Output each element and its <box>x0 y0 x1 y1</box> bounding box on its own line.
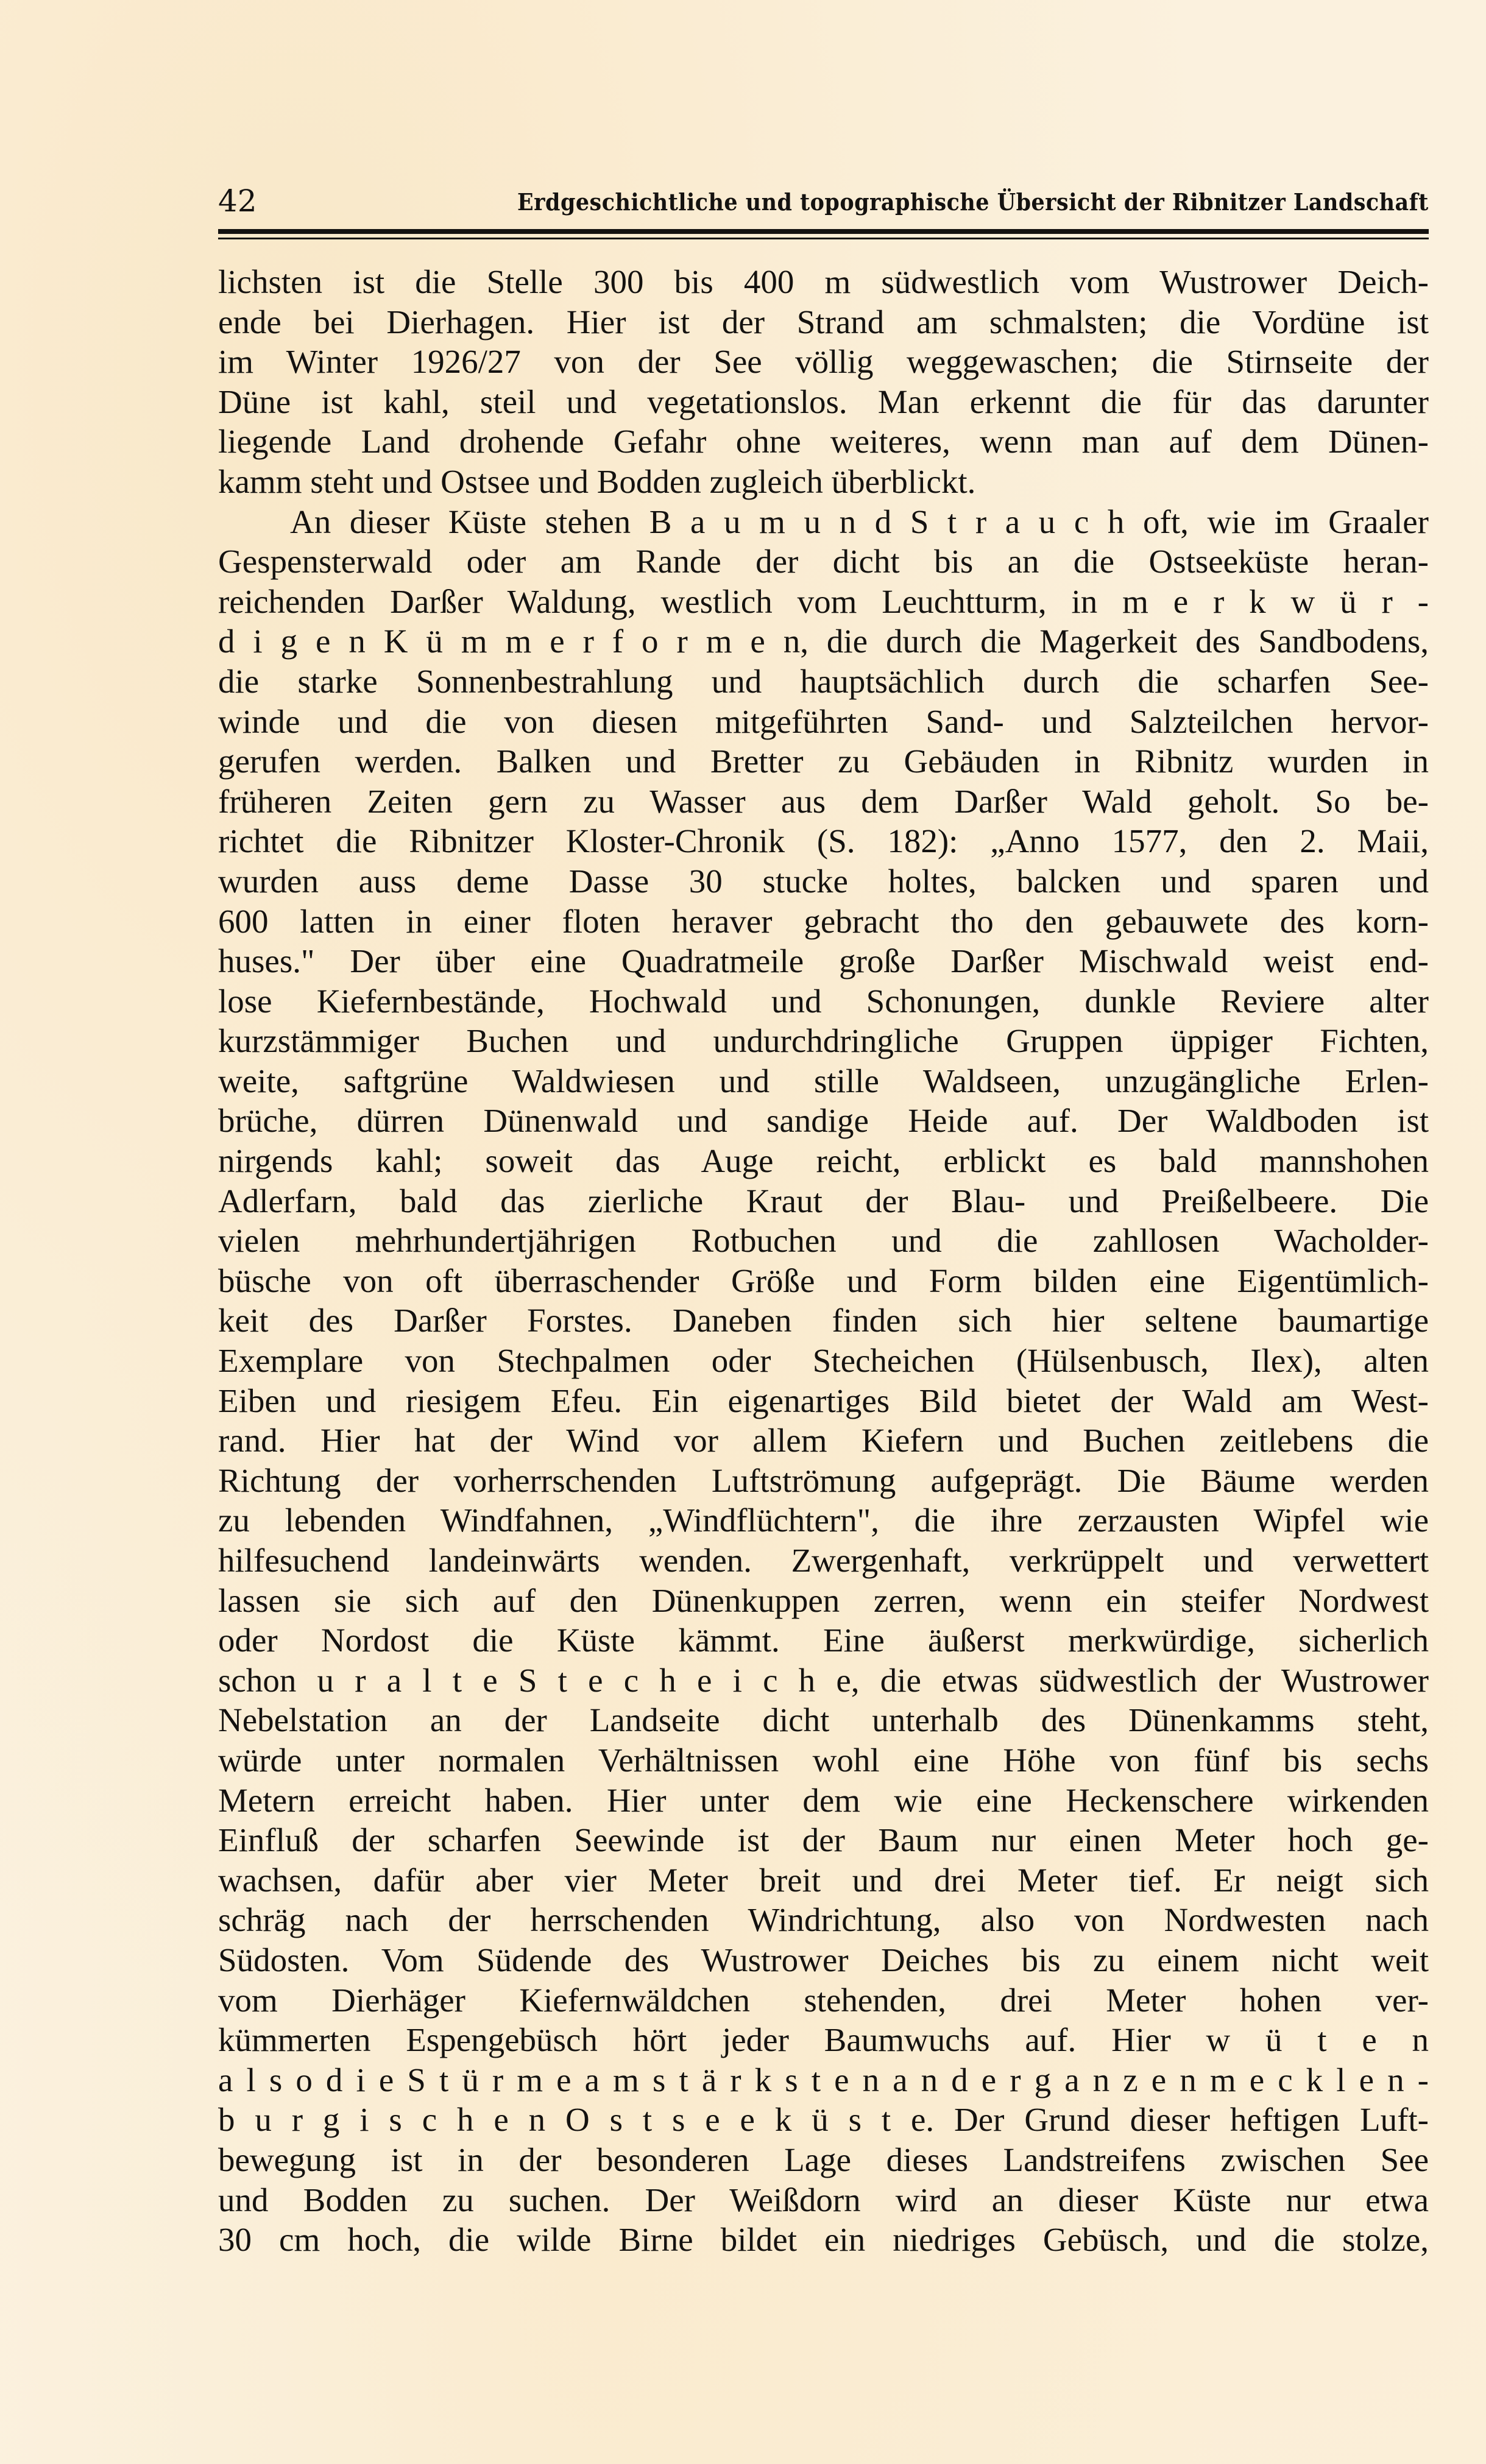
text-line: oder Nordost die Küste kämmt. Eine äußer… <box>218 1620 1429 1661</box>
text-line: würde unter normalen Verhältnissen wohl … <box>218 1740 1429 1781</box>
text-line: a l s o d i e S t ü r m e a m s t ä r k … <box>218 2060 1429 2100</box>
text-line: keit des Darßer Forstes. Daneben finden … <box>218 1301 1429 1341</box>
text-line: Metern erreicht haben. Hier unter dem wi… <box>218 1781 1429 1821</box>
text-line: schräg nach der herrschenden Windrichtun… <box>218 1900 1429 1940</box>
text-line: winde und die von diesen mitgeführten Sa… <box>218 702 1429 742</box>
text-line: weite, saftgrüne Waldwiesen und stille W… <box>218 1061 1429 1101</box>
text-line: lose Kiefernbestände, Hochwald und Schon… <box>218 981 1429 1022</box>
text-line: lichsten ist die Stelle 300 bis 400 m sü… <box>218 262 1429 302</box>
text-line: Einfluß der scharfen Seewinde ist der Ba… <box>218 1820 1429 1860</box>
text-line: im Winter 1926/27 von der See völlig weg… <box>218 342 1429 382</box>
text-line: Südosten. Vom Südende des Wustrower Deic… <box>218 1940 1429 1980</box>
text-line: liegende Land drohende Gefahr ohne weite… <box>218 422 1429 462</box>
text-line: 600 latten in einer floten heraver gebra… <box>218 902 1429 942</box>
text-line: Adlerfarn, bald das zierliche Kraut der … <box>218 1181 1429 1221</box>
text-line: b u r g i s c h e n O s t s e e k ü s t … <box>218 2100 1429 2140</box>
text-line: kamm steht und Ostsee und Bodden zugleic… <box>218 462 1429 502</box>
text-line: vom Dierhäger Kiefernwäldchen stehenden,… <box>218 1980 1429 2021</box>
text-line: lassen sie sich auf den Dünenkuppen zerr… <box>218 1581 1429 1621</box>
body-text: lichsten ist die Stelle 300 bis 400 m sü… <box>218 262 1429 2260</box>
text-line: d i g e n K ü m m e r f o r m e n, die d… <box>218 621 1429 662</box>
text-line: schon u r a l t e S t e c h e i c h e, d… <box>218 1661 1429 1701</box>
text-line: zu lebenden Windfahnen, „Windflüchtern",… <box>218 1500 1429 1541</box>
text-line: Richtung der vorherrschenden Luftströmun… <box>218 1461 1429 1501</box>
text-line: Exemplare von Stechpalmen oder Stecheich… <box>218 1341 1429 1381</box>
text-line: die starke Sonnenbestrahlung und hauptsä… <box>218 662 1429 702</box>
text-line: Eiben und riesigem Efeu. Ein eigenartige… <box>218 1381 1429 1421</box>
text-line: reichenden Darßer Waldung, westlich vom … <box>218 582 1429 622</box>
text-line: richtet die Ribnitzer Kloster-Chronik (S… <box>218 821 1429 861</box>
text-line: wurden auss deme Dasse 30 stucke holtes,… <box>218 861 1429 902</box>
text-line: wachsen, dafür aber vier Meter breit und… <box>218 1860 1429 1901</box>
text-line: gerufen werden. Balken und Bretter zu Ge… <box>218 741 1429 782</box>
running-title: Erdgeschichtliche und topographische Übe… <box>517 185 1429 219</box>
text-line: Nebelstation an der Landseite dicht unte… <box>218 1700 1429 1740</box>
text-line: büsche von oft überraschender Größe und … <box>218 1261 1429 1301</box>
text-line: kümmerten Espengebüsch hört jeder Baumwu… <box>218 2020 1429 2060</box>
text-line: früheren Zeiten gern zu Wasser aus dem D… <box>218 782 1429 822</box>
text-line: kurzstämmiger Buchen und undurchdringlic… <box>218 1021 1429 1061</box>
text-line: Gespensterwald oder am Rande der dicht b… <box>218 542 1429 582</box>
paragraph-start-line: An dieser Küste stehen B a u m u n d S t… <box>218 502 1429 542</box>
text-line: ende bei Dierhagen. Hier ist der Strand … <box>218 302 1429 342</box>
text-line: bewegung ist in der besonderen Lage dies… <box>218 2140 1429 2180</box>
text-line: hilfesuchend landeinwärts wenden. Zwerge… <box>218 1541 1429 1581</box>
header-rule-thick <box>218 229 1429 234</box>
text-line: und Bodden zu suchen. Der Weißdorn wird … <box>218 2180 1429 2220</box>
text-line: rand. Hier hat der Wind vor allem Kiefer… <box>218 1421 1429 1461</box>
text-line: Düne ist kahl, steil und vegetationslos.… <box>218 382 1429 422</box>
text-line: huses." Der über eine Quadratmeile große… <box>218 941 1429 981</box>
text-line: vielen mehrhundertjährigen Rotbuchen und… <box>218 1221 1429 1261</box>
running-header: 42 Erdgeschichtliche und topographische … <box>218 177 1429 225</box>
page-number: 42 <box>218 183 257 219</box>
text-line: nirgends kahl; soweit das Auge reicht, e… <box>218 1141 1429 1181</box>
text-line: brüche, dürren Dünenwald und sandige Hei… <box>218 1101 1429 1141</box>
header-rule-thin <box>218 238 1429 239</box>
book-page: 42 Erdgeschichtliche und topographische … <box>218 177 1429 225</box>
text-line: 30 cm hoch, die wilde Birne bildet ein n… <box>218 2220 1429 2260</box>
